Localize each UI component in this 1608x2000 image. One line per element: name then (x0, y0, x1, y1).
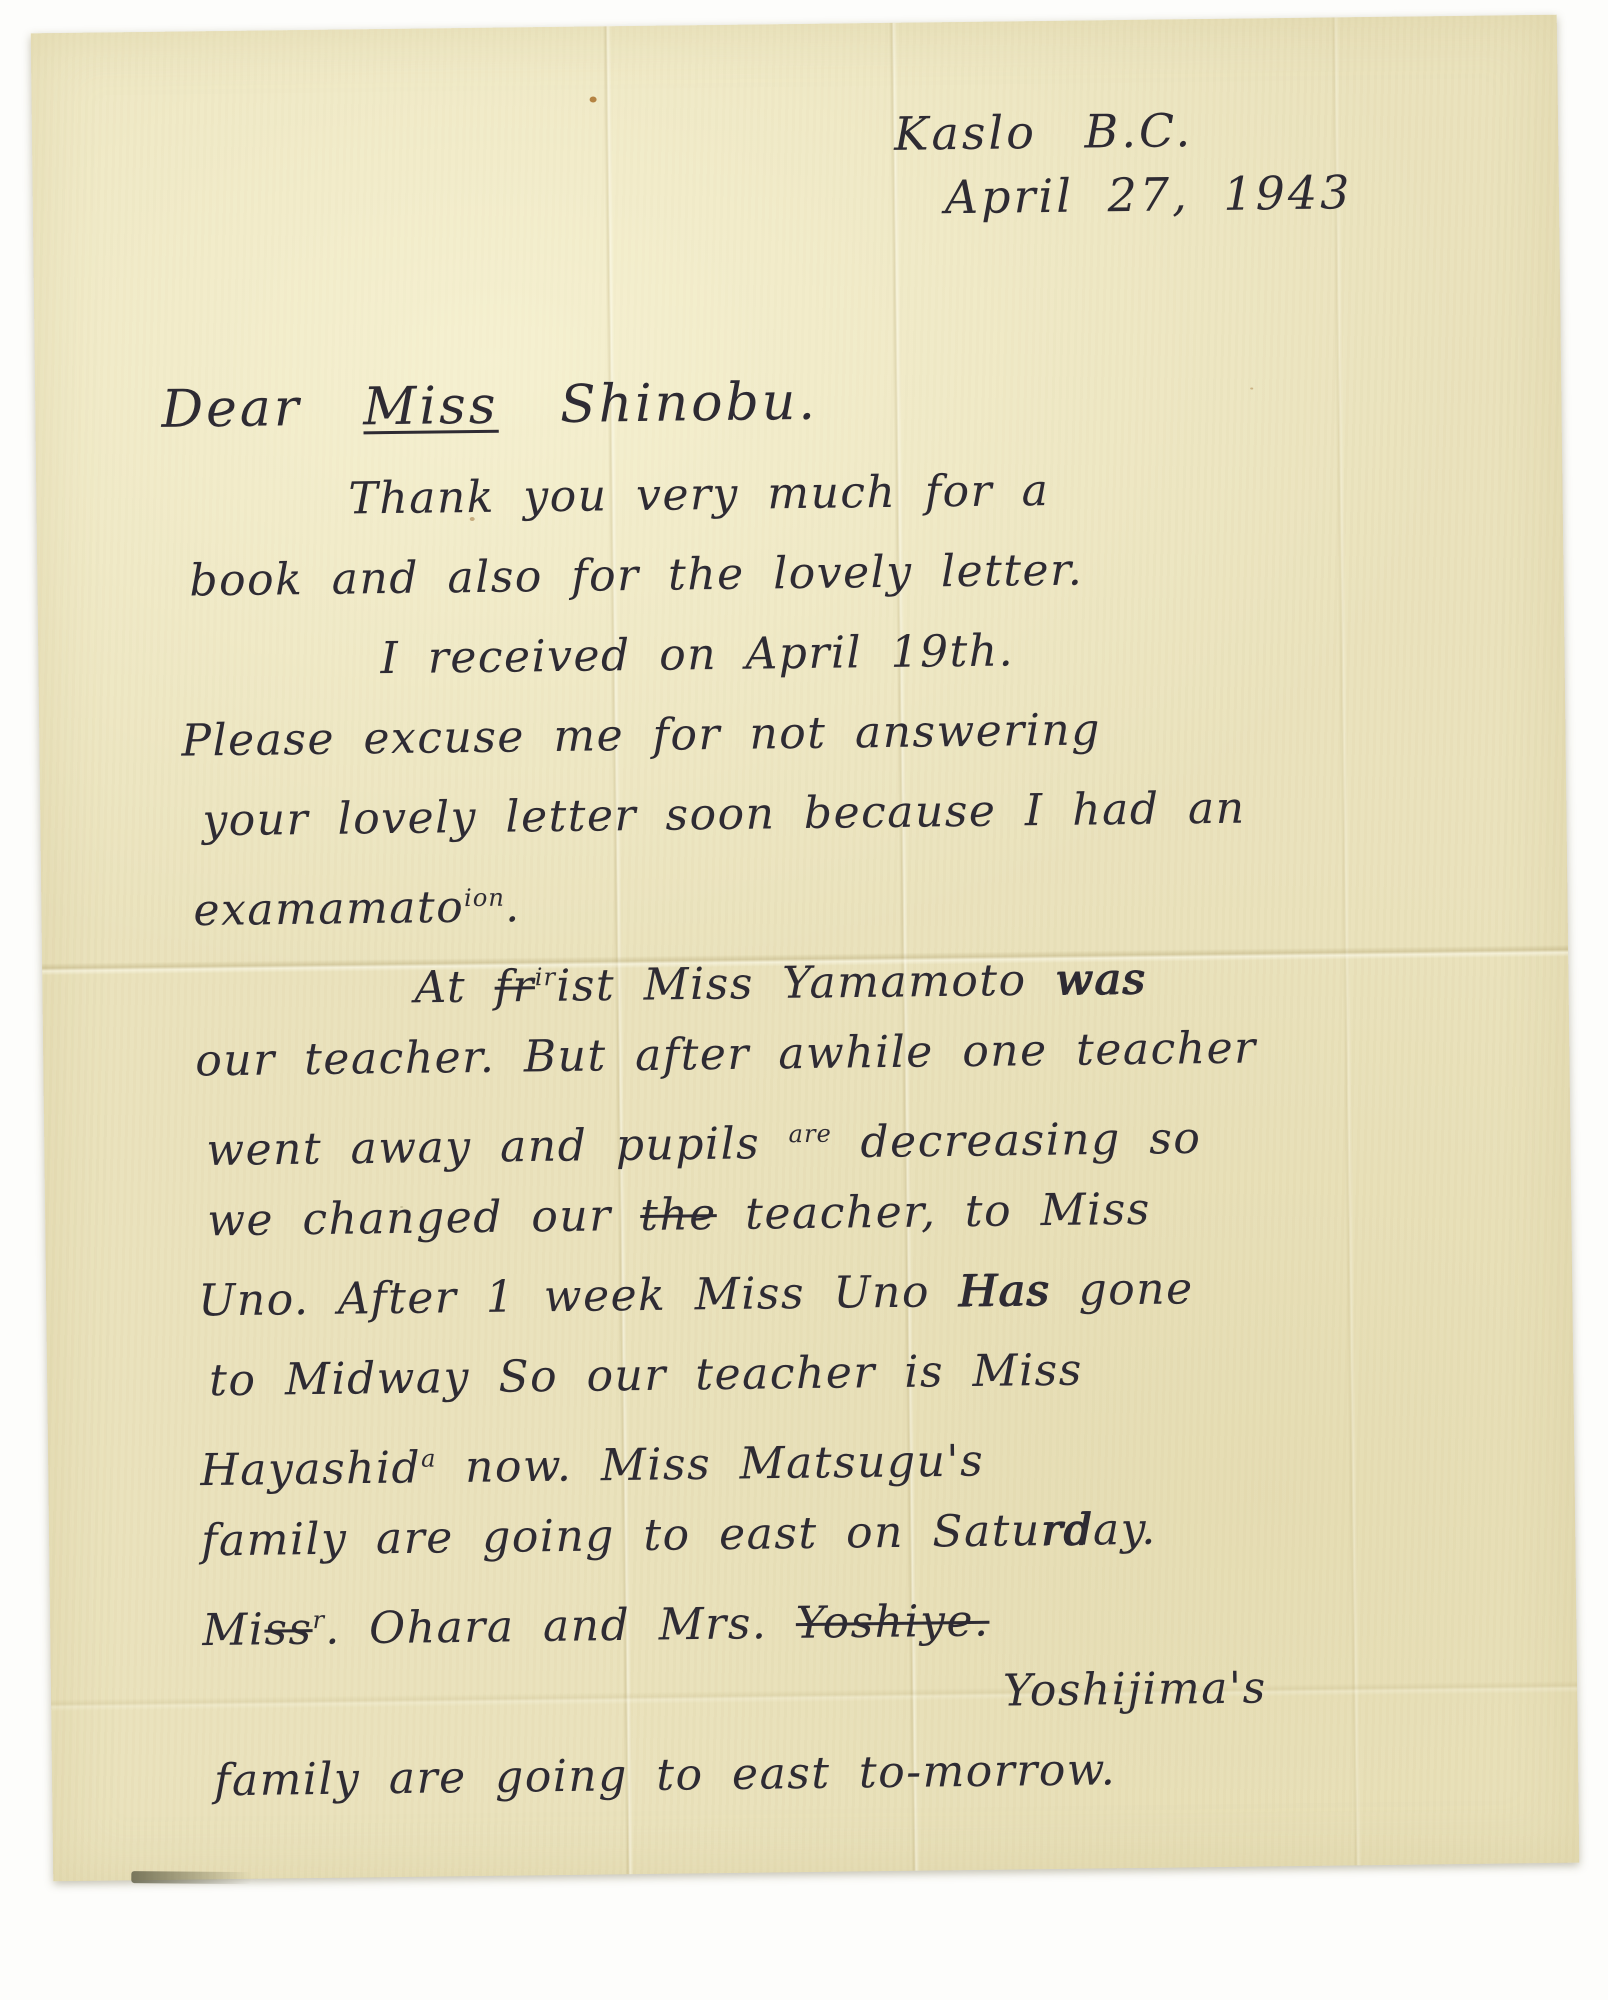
text-segment: family are going to east on (201, 1506, 933, 1566)
paper-speck (590, 96, 597, 102)
text-segment: . (505, 881, 521, 932)
text-segment: Shinobu. (498, 372, 818, 436)
text-segment: Thank you very much for a (348, 465, 1049, 525)
text-segment: Mi (202, 1604, 265, 1656)
letter-salutation: Dear Miss Shinobu. (161, 372, 818, 440)
text-segment: are (788, 1120, 832, 1149)
text-segment: teacher, to Miss (716, 1184, 1151, 1240)
text-segment: rd (1040, 1505, 1093, 1557)
text-segment: to Midway So our teacher is Miss (209, 1345, 1083, 1407)
text-segment: your lovely letter soon because I had an (202, 783, 1246, 847)
text-segment: At (414, 961, 495, 1013)
text-segment: Miss (363, 376, 499, 438)
text-segment: we changed our (207, 1190, 641, 1246)
scan-background: { "document": { "type": "handwritten-let… (0, 0, 1608, 2000)
text-segment: Please excuse me for not answering (181, 704, 1101, 766)
letter-line: family are going to east to-morrow. (174, 1727, 1539, 1824)
text-segment: decreasing so (832, 1113, 1202, 1169)
text-segment: family are going to east to-morrow. (214, 1744, 1117, 1806)
text-segment: ss (264, 1604, 313, 1656)
text-segment: a (421, 1445, 437, 1473)
text-segment: our teacher. But after awhile one teache… (195, 1022, 1257, 1086)
text-segment: r (312, 1606, 325, 1634)
text-segment: Yoshiye. (796, 1595, 990, 1648)
text-segment: I received on April 19th. (380, 625, 1014, 684)
text-segment: Yoshijima's (1003, 1662, 1267, 1716)
text-segment: Hayashid (200, 1442, 421, 1496)
text-segment: Uno. After 1 week Miss Uno (198, 1266, 959, 1326)
letter-place: Kaslo B.C. (894, 103, 1194, 161)
text-segment: Dear (161, 377, 364, 439)
text-segment: gone (1050, 1263, 1194, 1316)
text-segment: ay. (1093, 1504, 1157, 1556)
text-segment: ist Miss Yamamoto (556, 955, 1055, 1012)
text-segment: fr (494, 961, 535, 1012)
text-segment: ion (464, 884, 505, 912)
paper-tear (131, 1871, 251, 1884)
text-segment: went away and pupils (206, 1118, 789, 1176)
letter-body: Thank you very much for abook and also f… (158, 447, 1539, 1824)
text-segment: Has (958, 1265, 1050, 1317)
text-segment: book and also for the lovely letter. (189, 545, 1083, 607)
letter-date: April 27, 1943 (945, 165, 1353, 224)
text-segment: now. Miss Matsugu's (436, 1436, 984, 1494)
text-segment: examamato (193, 882, 464, 936)
text-segment: . Ohara and Mrs. (325, 1598, 796, 1655)
letter-paper: Kaslo B.C. April 27, 1943 Dear Miss Shin… (31, 15, 1579, 1882)
text-segment: the (640, 1189, 717, 1241)
text-segment: Satu (932, 1505, 1041, 1557)
text-segment: ir (535, 963, 557, 991)
text-segment: was (1055, 953, 1147, 1005)
